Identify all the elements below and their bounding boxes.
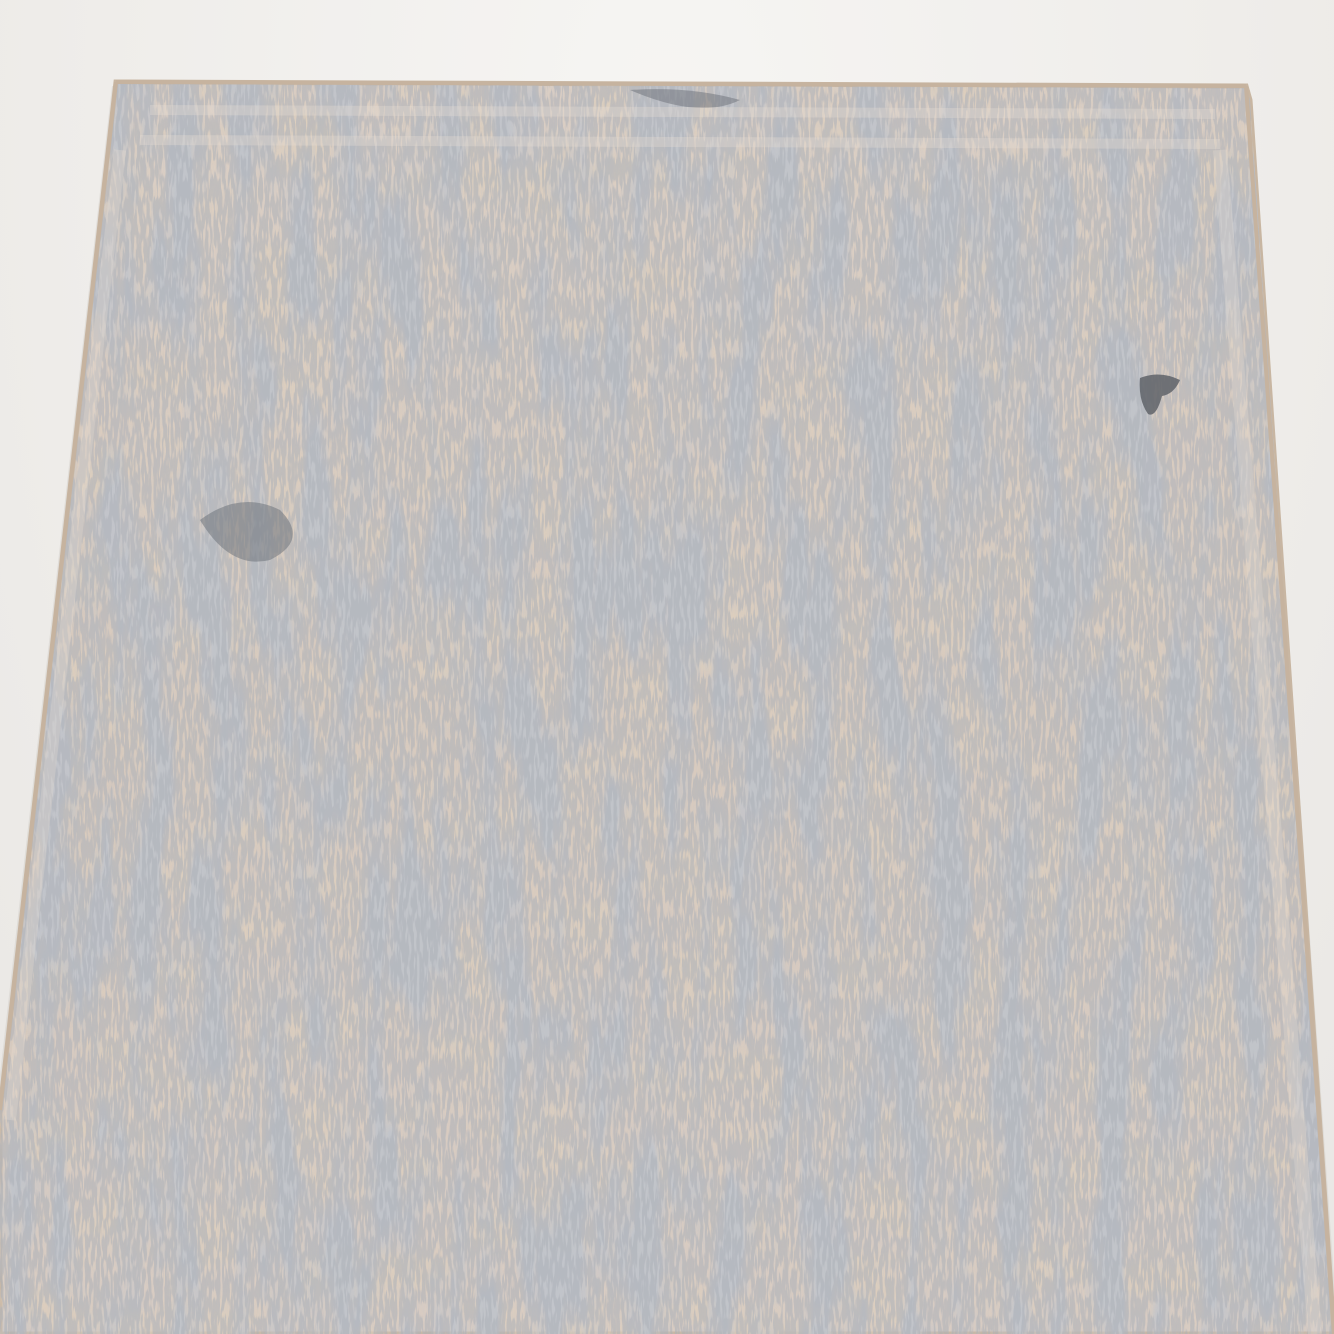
rug: [0, 0, 1334, 1334]
product-photo: [0, 0, 1334, 1334]
